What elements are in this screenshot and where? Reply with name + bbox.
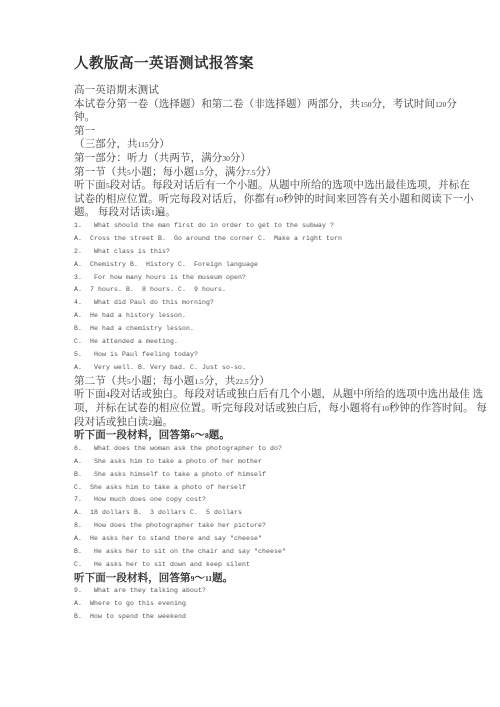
text-line-english: B. She asks himself to take a photo of h… [74,469,464,482]
text-line-chinese: 第一节（共5小题；每小题1.5分，满分7.5分） [74,166,464,180]
text-line-chinese: 高一英语期末测试 [74,84,464,98]
text-line-chinese: 钟。 [74,111,464,125]
inline-number: 5 [127,377,131,386]
text-line-chinese: 听下面4段对话或独白。每段对话或独白后有几个小题，从题中所给的选项中选出最佳 选 [74,388,464,402]
text-line-english: A. He had a history lesson. [74,310,464,323]
inline-number: 10 [381,404,389,413]
text-line-english: A. She asks him to take a photo of her m… [74,456,464,469]
text-line-english: 2. What class is this? [74,246,464,259]
text-line-english: A. He asks her to stand there and say "c… [74,533,464,546]
text-line-chinese: 听下面一段材料，回答第6～8题。 [74,429,464,443]
document-page: 人教版高一英语测试报答案 高一英语期末测试本试卷分第一卷（选择题）和第二卷（非选… [0,0,500,707]
text-line-english: B. He had a chemistry lesson. [74,323,464,336]
text-line-chinese: 第一部分：听力（共两节，满分30分） [74,152,464,166]
text-line-english: 4. What did Paul do this morning? [74,297,464,310]
inline-number: 30 [222,154,230,163]
page-title: 人教版高一英语测试报答案 [74,52,254,73]
inline-number: 5 [106,181,110,190]
text-line-chinese: 本试卷分第一卷（选择题）和第二卷（非选择题）两部分，共150分，考试时间120分 [74,98,464,112]
text-line-english: 3. For how many hours is the museum open… [74,272,464,285]
text-line-english: A. Very well. B. Very bad. C. Just so-so… [74,362,464,375]
inline-number: 1.5 [194,377,203,386]
inline-number: 11 [205,574,212,583]
text-line-chinese: 听下面一段材料，回答第9～11题。 [74,572,464,586]
inline-number: 22.5 [236,377,249,386]
text-line-chinese: 听下面5段对话。每段对话后有一个小题。从题中所给的选项中选出最佳选项，并标在 [74,179,464,193]
inline-number: 2 [148,418,152,427]
text-line-english: B. He asks her to sit on the chair and s… [74,546,464,559]
text-line-chinese: 段对话或独白读2遍。 [74,416,464,430]
inline-number: 1.5 [194,168,203,177]
text-line-english: A. Cross the street B. Go around the cor… [74,233,464,246]
text-line-english: A. Chemistry B. History C. Foreign langu… [74,259,464,272]
inline-number: 115 [138,140,149,149]
text-line-english: 8. How does the photographer take her pi… [74,520,464,533]
inline-number: 10 [275,195,283,204]
inline-number: 4 [106,390,110,399]
text-line-english: A. Where to go this evening [74,598,464,611]
text-line-chinese: 项，并标在试卷的相应位置。听完每段对话或独白后，每小题将有10秒钟的作答时间。 … [74,402,464,416]
document-body: 高一英语期末测试本试卷分第一卷（选择题）和第二卷（非选择题）两部分，共150分，… [74,84,464,624]
text-line-english: 6. What does the woman ask the photograp… [74,443,464,456]
inline-number: 1 [151,208,155,217]
inline-number: 7.5 [246,168,255,177]
inline-number: 6 [191,431,195,440]
text-line-chinese: 第一 [74,125,464,139]
text-line-english: C. He asks her to sit down and keep sile… [74,559,464,572]
inline-number: 150 [360,100,371,109]
text-line-english: B. How to spend the weekend [74,611,464,624]
text-line-chinese: （三部分，共115分） [74,138,464,152]
text-line-english: A. 7 hours. B. 8 hours. C. 9 hours. [74,284,464,297]
inline-number: 120 [435,100,446,109]
text-line-chinese: 试卷的相应位置。听完每段对话后，你都有10秒钟的时间来回答有关小题和阅读下一小 [74,193,464,207]
text-line-english: C. She asks him to take a photo of herse… [74,482,464,495]
text-line-chinese: 第二节（共5小题；每小题1.5分，共22.5分） [74,375,464,389]
inline-number: 8 [205,431,209,440]
inline-number: 9 [191,574,195,583]
text-line-english: A. 18 dollars B. 3 dollars C. 5 dollars [74,507,464,520]
inline-number: 5 [127,168,131,177]
text-line-english: C. He attended a meeting. [74,336,464,349]
text-line-english: 5. How is Paul feeling today? [74,349,464,362]
text-line-chinese: 题。 每段对话读1遍。 [74,206,464,220]
text-line-english: 1. What should the man first do in order… [74,220,464,233]
text-line-english: 9. What are they talking about? [74,585,464,598]
text-line-english: 7. How much does one copy cost? [74,494,464,507]
